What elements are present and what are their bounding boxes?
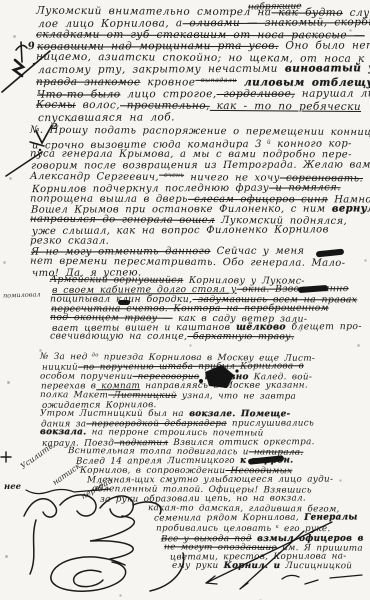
margin-side-note: помиловал — [3, 290, 41, 299]
struck-text: Листницкий — [108, 390, 177, 400]
paragraph-2: №. Прошу подать распоряжение о перемещен… — [30, 127, 370, 279]
handwritten-text: спускавшаяся на лоб. — [38, 111, 175, 124]
struck-text: просительно, — [120, 99, 210, 112]
struck-text: направился до генерала вошел — [30, 213, 215, 225]
handwritten-text: свечивающую на солнце, — [50, 331, 187, 342]
handwritten-text: волос, — [76, 99, 120, 111]
struck-text: бархатную траву. — [187, 331, 294, 342]
struck-text: горделивое, — [217, 88, 295, 100]
handwritten-text: в Москве указанн. — [208, 381, 308, 391]
handwritten-text: Александр Сергеевич, — [30, 171, 159, 183]
manuscript-line: ему руки Корнил. и Лисицницкой — [172, 562, 363, 572]
handwritten-text: попрощена вышла в дверь — [30, 193, 188, 204]
paragraph-3: Армейский вернувшийся Корнилову у Лукомс… — [50, 276, 360, 342]
handwritten-text: резко сказал. — [30, 235, 109, 246]
handwritten-text: вокзала. — [40, 427, 87, 437]
struck-text: Космы — [36, 98, 76, 110]
handwritten-text: ему руки — [172, 561, 218, 571]
handwritten-text: нарушал лишь — [295, 88, 370, 100]
margin-mark-number: 2 — [52, 121, 58, 131]
struck-text: оливами — знакомый, скорбным — [183, 16, 370, 29]
plus-mark — [1, 452, 11, 462]
manuscript-page: Лукомский внимательно смотрел на как буд… — [0, 0, 370, 600]
handwritten-text: Генералы — [299, 513, 358, 523]
handwritten-text: блещет про- — [286, 321, 362, 332]
handwritten-text: Утром Листницкий был на — [40, 409, 184, 419]
handwritten-text: Корнил. и — [218, 561, 280, 571]
handwritten-text: к — [272, 524, 279, 530]
handwritten-text: направляясь — [140, 381, 208, 391]
handwritten-text: виноватый узелки, — [278, 62, 370, 75]
manuscript-line: спускавшаяся на лоб. — [38, 111, 370, 125]
handwritten-text: взмыл офицеров в — [252, 533, 364, 543]
handwritten-text: й — [262, 138, 271, 145]
handwritten-text: кровное — [141, 77, 196, 89]
handwritten-text: к перрон. — [235, 456, 294, 466]
handwritten-text: Сейчас у меня — [210, 246, 304, 257]
handwritten-text: пробивались целовать — [156, 524, 272, 534]
inserted-word-strikethrough: набрякшие — [248, 2, 302, 13]
manuscript-line: свечивающую на солнце, бархатную траву. — [50, 332, 360, 342]
struck-text: и помялся. — [269, 182, 341, 193]
rotated-margin-note: Усилить — [19, 442, 55, 471]
paragraph-4: № За нед до приезда Корнилова в Москву е… — [40, 352, 315, 448]
handwritten-text: прислушивались — [227, 418, 314, 428]
handwritten-text: очень — [159, 172, 184, 179]
struck-text: правда знакомое — [36, 76, 141, 88]
scan-noise — [0, 0, 1, 1]
handwritten-text: конного кор- — [271, 138, 352, 149]
handwritten-text: полка Макет — [40, 390, 108, 400]
handwritten-text: Оно было непро- — [279, 40, 370, 52]
handwritten-text: №. Прошу подать распоряжение о перемещен… — [30, 125, 370, 138]
paragraph-6: какая-то дамская, гладившая бегом,семени… — [148, 505, 363, 571]
margin-mark-number: 9 — [27, 41, 35, 53]
handwritten-text: вернулись — [325, 203, 370, 214]
paragraph-1: Лукомский внимательно смотрел на как буд… — [36, 7, 370, 124]
handwritten-text: выпадали — [195, 77, 236, 84]
handwritten-text: № За нед — [40, 352, 88, 362]
margin-note-nee: нее — [4, 482, 21, 492]
handwritten-text: до — [88, 352, 99, 358]
handwritten-text: особом поручении — [40, 371, 133, 381]
handwritten-text: Лисицницкой — [280, 561, 352, 571]
